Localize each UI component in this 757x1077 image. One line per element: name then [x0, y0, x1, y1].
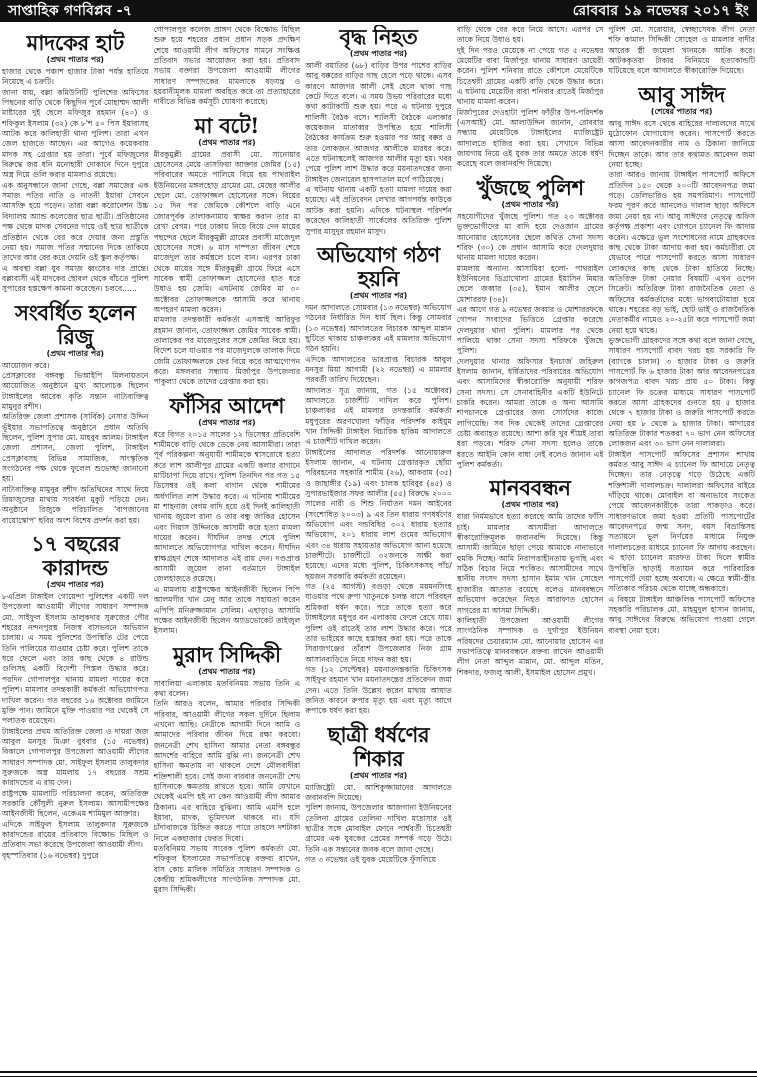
article-paragraph: রাষ্ট্রপক্ষে মামলাটি পরিচালনা করেন, অতির… [2, 789, 149, 820]
article-kicker: (প্রথম পাতার পর) [305, 771, 452, 781]
column-1: মাদকের হাট (প্রথম পাতার পর) হাজার থেকে প… [2, 25, 149, 1071]
article-title: বৃদ্ধ নিহত [305, 25, 452, 49]
column-5: পুলিশ মো. সরোয়ার, স্বেচ্ছাসেবক লীগ নেতা… [608, 25, 755, 1071]
article-paragraph: এক অনুসন্ধানে জানা গেছে, বল্লা সমাজের এক… [2, 181, 149, 264]
article-paragraph: আলী বয়াতির (৬৮) বাড়ির উপর পাশের বাড়ির… [305, 61, 452, 185]
article-paragraph: মামলার তদন্তকারী কর্মকর্তা এসআই আরিফুর র… [154, 315, 301, 387]
article-paragraph: টাঙ্গাইলের প্রথম অতিরিক্ত জেলা ও দায়রা … [2, 727, 149, 789]
article-title: ১৭ বছরের কারাদন্ড [2, 532, 149, 580]
article-kicker: (প্রথম পাতার পর) [2, 349, 149, 359]
article-kicker: (প্রথম পাতার পর) [154, 418, 301, 428]
article-paragraph: যারা নির্মমভাবে হত্যা করেছে আমি তাদের ফা… [457, 512, 604, 615]
article-paragraph: আয়োজন করে। [2, 361, 149, 371]
article-title: মা বটে! [154, 114, 301, 138]
article-paragraph: গত (১২ সেপ্টেম্বর) ময়নাতদন্তকারি চিকিৎস… [305, 665, 452, 717]
article-title: মুরাদ সিদ্দিকী [154, 643, 301, 667]
article-paragraph: মামলায় অন্যান্য আসামিরা হলো- পাথরাইল ইউ… [457, 264, 604, 305]
article-title: সংবর্ধিত হলেন রিজু [2, 301, 149, 349]
article-title: ফাঁসির আদেশ [154, 394, 301, 418]
article-paragraph: পুলিশ জানায়, উপজেলার আজগানা ইউনিয়নের ত… [305, 803, 452, 855]
article-paragraph: সহযোগীদের খুঁজছে পুলিশ। গত ২৩ অক্টোবর ভু… [457, 212, 604, 264]
article-paragraph: মির্জাপুরের দেওহাটা পুলিশ ফাঁড়ীর উপ-পরি… [457, 108, 604, 170]
paper-name: সাপ্তাহিক গণবিপ্লব -৭ [8, 0, 132, 23]
article-paragraph: ৮এপ্রিল টাঙ্গাইল গোয়েন্দা পুলিশের একটি … [2, 592, 149, 726]
article-paragraph: আবু সাঈদ বসে থেকে বাহিরের দালালদের সাথে … [608, 119, 755, 171]
article-title: খুঁজছে পুলিশ [457, 176, 604, 200]
article-paragraph: গত (২৫ আগস্ট) বগুড়া থেকে ময়মনসিংহ যাওয… [305, 582, 452, 665]
article-paragraph: দেলদুয়ার থানার অফিসার ইনচার্জ জহিরুল ইস… [457, 357, 604, 471]
article-title: মানববন্ধন [457, 476, 604, 500]
article-paragraph: গত ৩ নভেম্বর ওই যুবক মেয়েটিকে ফুঁসলিয়ে [305, 855, 452, 865]
article-paragraph: মতবিনিময় সভায় সাবেক পুলিশ কর্মকর্তা মো… [154, 844, 301, 896]
article-paragraph: ম্যাজিষ্ট্রেট মো. আশিকুজ্জামানের আদালতে … [305, 783, 452, 804]
masthead: সাপ্তাহিক গণবিপ্লব -৭ রোববার ১৯ নভেম্বর … [0, 0, 757, 22]
article-paragraph: গোপালপুর কলেজ প্রাঙ্গণ থেকে বিক্ষোভ মিছি… [154, 25, 301, 108]
article-kicker: (প্রথম পাতার পর) [305, 291, 452, 301]
article-paragraph: জানা যায়, বল্লা কমিউনিটি পুলিশের অফিসের… [2, 88, 149, 181]
column-4: বাড়ি থেকে বের করে নিয়ে আসে। এরপর সে তা… [457, 25, 604, 1071]
article-paragraph: তিনি আরও বলেন, আমার পরিবার সিদ্দিকী পরিব… [154, 699, 301, 844]
article-paragraph: অতিরিক্ত জেলা প্রশাসক (সার্বিক) নেসার উদ… [2, 412, 149, 484]
article-paragraph: নাট্যব্যক্তিত্ব মামুনুর রশীদ অতিথিদের সা… [2, 485, 149, 526]
article-paragraph: এর আগে গত ৯ নভেম্বর জব্বার ও মোশাররফকে গ… [457, 305, 604, 357]
article-kicker: (প্রথম পাতার পর) [154, 138, 301, 148]
article-title: আবু সাঈদ [608, 83, 755, 107]
article-paragraph: পুলিশ মো. সরোয়ার, স্বেচ্ছাসেবক লীগ নেতা… [608, 25, 755, 77]
article-paragraph: বৃহস্পতিবার (১৬ নভেম্বর) দুপুরে [2, 851, 149, 861]
article-paragraph: সাবালিয়া এলাকায় মতবিনিময় সভায় তিনি এ… [154, 679, 301, 700]
article-paragraph: দুই দিন পরও মেয়েকে না পেয়ে গত ৫ নভেম্ব… [457, 46, 604, 108]
article-paragraph: তারা আরও জানায় টাঙ্গাইল পাসপোর্ট অফিসে … [608, 170, 755, 336]
article-kicker: (প্রথম পাতার পর) [457, 200, 604, 210]
column-2: গোপালপুর কলেজ প্রাঙ্গণ থেকে বিক্ষোভ মিছি… [154, 25, 301, 1071]
article-paragraph: এ ঘটনায় থানায় একটি হত্যা মামলা দায়ের … [305, 185, 452, 237]
article-paragraph: হাজার থেকে পঞ্চাশ হাজার টাকা পর্যন্ত হাত… [2, 67, 149, 88]
article-paragraph: বাড়ি থেকে বের করে নিয়ে আসে। এরপর সে তা… [457, 25, 604, 46]
article-kicker: (প্রথম পাতার পর) [2, 55, 149, 65]
bottom-rule [0, 1071, 757, 1077]
article-paragraph: এ অবস্থা বল্লা যুব সমাজ ধ্বংসের দার প্রা… [2, 264, 149, 295]
article-paragraph: টাঙ্গাইল পাসপোর্ট অফিসের প্রশাসন শাখায় … [608, 450, 755, 595]
article-paragraph: এদিকে সাইফুল ইসলাম তালুকদার সুরুজকে কারা… [2, 820, 149, 851]
article-paragraph: এদিকে আদালতের ভারপ্রাপ্ত বিচারক আবুল মনস… [305, 355, 452, 386]
article-paragraph: টাঙ্গাইলের আদালত পরিদর্শক আনোয়ারুল ইসলা… [305, 448, 452, 582]
article-kicker: (প্রথম পাতার পর) [154, 667, 301, 677]
article-title: ছাত্রী ধর্ষণের শিকার [305, 723, 452, 771]
article-title: মাদকের হাট [2, 31, 149, 55]
page-columns: মাদকের হাট (প্রথম পাতার পর) হাজার থেকে প… [2, 25, 755, 1071]
column-3: বৃদ্ধ নিহত (প্রথম পাতার পর) আলী বয়াতির … [305, 25, 452, 1071]
article-paragraph: দমন আদালতে সোমবার (১৩ নভেম্বর) অভিযোগ গঠ… [305, 303, 452, 355]
article-kicker: (প্রথম পাতার পর) [2, 580, 149, 590]
article-paragraph: ধরে বিগত ২০১৫ সালের ১২ ডিসেম্বর প্রতিবেশ… [154, 430, 301, 585]
article-paragraph: এ বিষয়ে টাঙ্গাইল আঞ্চলিক পাসপোর্ট অফিসে… [608, 595, 755, 636]
article-paragraph: আদালত সূত্র জানায়, গত (১৫ অক্টোবর) আদাল… [305, 386, 452, 448]
article-paragraph: প্রেসক্লাবের বঙ্গবন্ধু ভিআইপি মিলনায়তনে… [2, 371, 149, 412]
article-kicker: (শেষের পাতার পর) [608, 107, 755, 117]
article-paragraph: ভুক্তভোগী গ্রাহকদের সঙ্গে কথা বলে জানা গ… [608, 336, 755, 450]
article-kicker: (প্রথম পাতার পর) [457, 500, 604, 510]
article-kicker: (প্রথম পাতার পর) [305, 49, 452, 59]
article-title: অভিযোগ গঠণ হয়নি [305, 243, 452, 291]
issue-date: রোববার ১৯ নভেম্বর ২০১৭ ইং [573, 0, 749, 23]
article-paragraph: কালিহাতী উপজেলা আওয়ামী লীগের সাংগঠনিক স… [457, 616, 604, 678]
article-paragraph: এ মামলায় রাষ্ট্রপক্ষের আইনজীবী ছিলেন পি… [154, 585, 301, 637]
article-paragraph: মীরকুমুল্লী গ্রামের প্রবাসী মো. সানোয়ার… [154, 150, 301, 316]
